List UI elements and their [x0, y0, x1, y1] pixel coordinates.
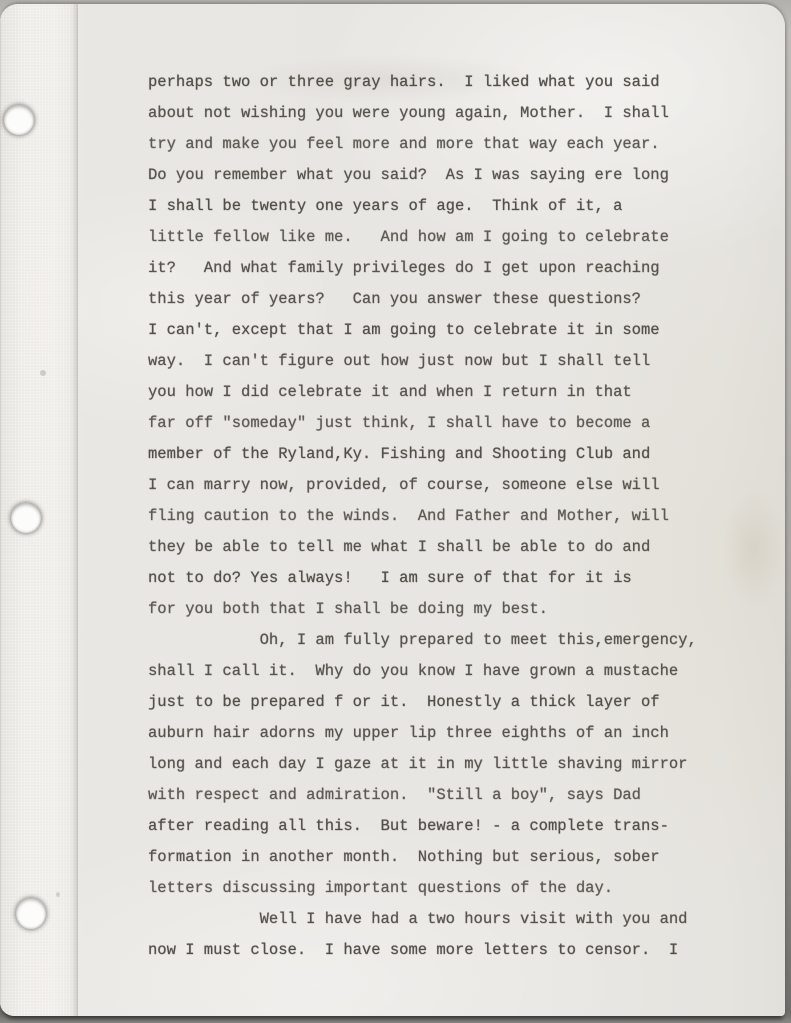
letter-line: I can't, except that I am going to celeb…	[148, 315, 697, 346]
letter-line: after reading all this. But beware! - a …	[148, 811, 697, 842]
letter-line: letters discussing important questions o…	[148, 873, 697, 904]
letter-text: perhaps two or three gray hairs. I liked…	[148, 67, 697, 966]
letter-line: shall I call it. Why do you know I have …	[148, 656, 697, 687]
letter-line: it? And what family privileges do I get …	[148, 253, 697, 284]
letter-line: with respect and admiration. "Still a bo…	[148, 780, 697, 811]
letter-line: now I must close. I have some more lette…	[148, 935, 697, 966]
letter-line: they be able to tell me what I shall be …	[148, 532, 697, 563]
letter-line: you how I did celebrate it and when I re…	[148, 377, 697, 408]
letter-page: perhaps two or three gray hairs. I liked…	[0, 4, 785, 1016]
scanned-letter: perhaps two or three gray hairs. I liked…	[0, 0, 791, 1023]
letter-line: not to do? Yes always! I am sure of that…	[148, 563, 697, 594]
letter-line: fling caution to the winds. And Father a…	[148, 501, 697, 532]
letter-line: Oh, I am fully prepared to meet this,eme…	[148, 625, 697, 656]
letter-line: I can marry now, provided, of course, so…	[148, 470, 697, 501]
letter-line: little fellow like me. And how am I goin…	[148, 222, 697, 253]
letter-line: try and make you feel more and more that…	[148, 129, 697, 160]
letter-line: member of the Ryland,Ky. Fishing and Sho…	[148, 439, 697, 470]
letter-line: Do you remember what you said? As I was …	[148, 160, 697, 191]
letter-line: far off "someday" just think, I shall ha…	[148, 408, 697, 439]
letter-line: auburn hair adorns my upper lip three ei…	[148, 718, 697, 749]
letter-line: just to be prepared f or it. Honestly a …	[148, 687, 697, 718]
punch-hole-icon	[4, 105, 34, 135]
letter-line: for you both that I shall be doing my be…	[148, 594, 697, 625]
letter-line: I shall be twenty one years of age. Thin…	[148, 191, 697, 222]
paper-speck	[56, 892, 60, 897]
letter-line: way. I can't figure out how just now but…	[148, 346, 697, 377]
paper-stain	[700, 464, 790, 634]
paper-speck	[40, 370, 46, 376]
letter-line: about not wishing you were young again, …	[148, 98, 697, 129]
punch-hole-icon	[16, 898, 46, 929]
punch-hole-icon	[11, 503, 41, 533]
letter-line: this year of years? Can you answer these…	[148, 284, 697, 315]
letter-line: long and each day I gaze at it in my lit…	[148, 749, 697, 780]
letter-line: perhaps two or three gray hairs. I liked…	[148, 67, 697, 98]
letter-line: formation in another month. Nothing but …	[148, 842, 697, 873]
letter-line: Well I have had a two hours visit with y…	[148, 904, 697, 935]
